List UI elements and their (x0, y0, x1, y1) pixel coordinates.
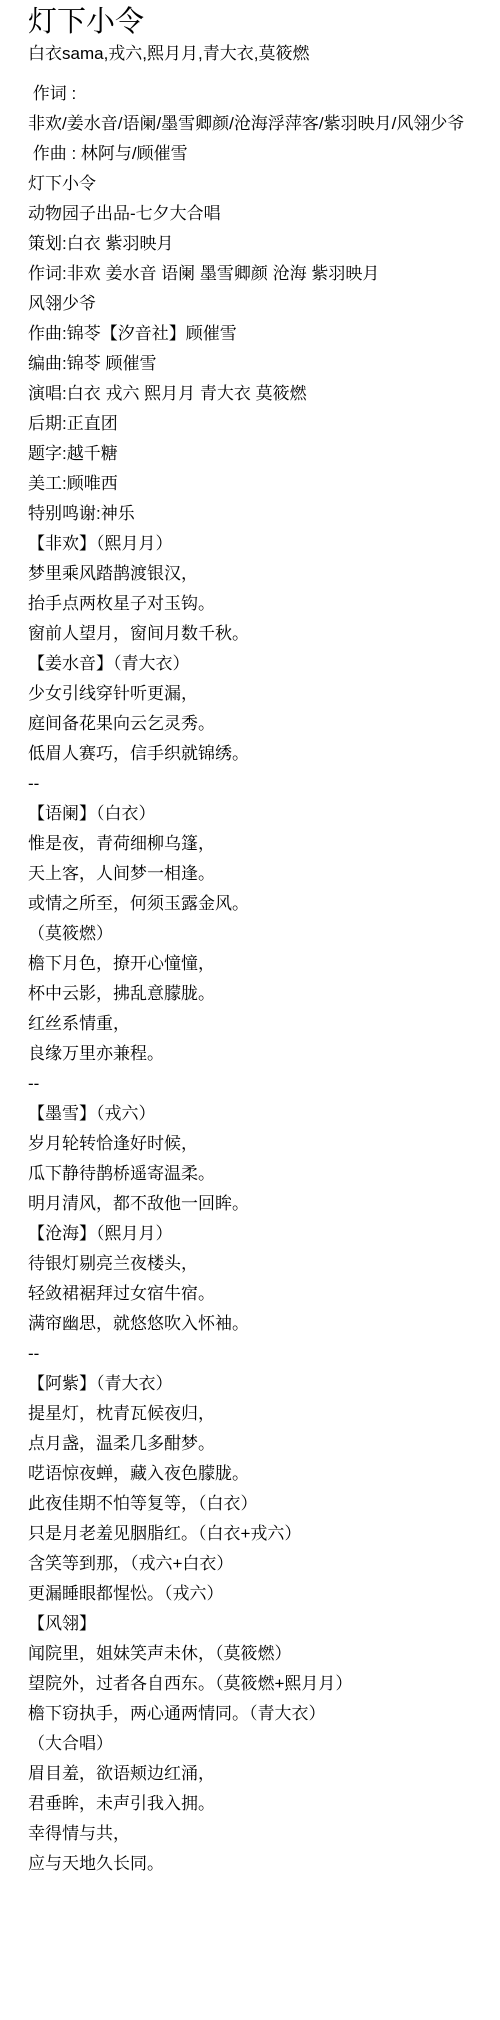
lyric-line: 或情之所至，何须玉露金风。 (28, 889, 500, 919)
lyric-line: 待银灯剔亮兰夜楼头， (28, 1249, 500, 1279)
lyric-line: 低眉人赛巧，信手织就锦绣。 (28, 739, 500, 769)
lyric-line: 提星灯，枕青瓦候夜归， (28, 1399, 500, 1429)
lyric-line: 只是月老羞见胭脂红。（白衣+戎六） (28, 1519, 500, 1549)
lyric-line: 灯下小令 (28, 169, 500, 199)
lyric-line: 【墨雪】（戎六） (28, 1099, 500, 1129)
lyric-line: 杯中云影，拂乱意朦胧。 (28, 979, 500, 1009)
lyric-line: 【阿紫】（青大衣） (28, 1369, 500, 1399)
lyric-line: 美工:顾唯西 (28, 469, 500, 499)
lyric-line: 闻院里，姐妹笑声未休，（莫筱燃） (28, 1639, 500, 1669)
lyric-line: 更漏睡眼都惺忪。（戎六） (28, 1579, 500, 1609)
lyric-line: 幸得情与共， (28, 1819, 500, 1849)
lyric-line: 君垂眸，未声引我入拥。 (28, 1789, 500, 1819)
lyric-line: 岁月轮转恰逢好时候， (28, 1129, 500, 1159)
lyric-line: 轻敛裙裾拜过女宿牛宿。 (28, 1279, 500, 1309)
lyric-line: -- (28, 1069, 500, 1099)
lyrics-page: 灯下小令 白衣sama,戎六,熙月月,青大衣,莫筱燃 作词 :非欢/姜水音/语阑… (0, 0, 500, 1879)
lyric-line: 惟是夜，青荷细柳乌篷， (28, 829, 500, 859)
lyric-line: （大合唱） (28, 1729, 500, 1759)
lyric-line: 梦里乘风踏鹊渡银汉， (28, 559, 500, 589)
lyric-line: 眉目羞，欲语颊边红涌， (28, 1759, 500, 1789)
lyric-line: 满帘幽思，就悠悠吹入怀袖。 (28, 1309, 500, 1339)
lyric-line: 良缘万里亦兼程。 (28, 1039, 500, 1069)
lyric-line: 非欢/姜水音/语阑/墨雪卿颜/沧海浮萍客/紫羽映月/风翎少爷 (28, 109, 500, 139)
lyric-line: 含笑等到那，（戎六+白衣） (28, 1549, 500, 1579)
lyric-line: 点月盏，温柔几多酣梦。 (28, 1429, 500, 1459)
lyric-line: 动物园子出品-七夕大合唱 (28, 199, 500, 229)
lyric-line: 作词:非欢 姜水音 语阑 墨雪卿颜 沧海 紫羽映月 (28, 259, 500, 289)
lyric-line: 明月清风，都不敌他一回眸。 (28, 1189, 500, 1219)
lyric-line: 特别鸣谢:神乐 (28, 499, 500, 529)
lyric-line: 红丝系情重， (28, 1009, 500, 1039)
lyric-line: 编曲:锦苓 顾催雪 (28, 349, 500, 379)
lyric-line: 策划:白衣 紫羽映月 (28, 229, 500, 259)
lyric-line: 【语阑】（白衣） (28, 799, 500, 829)
song-artists: 白衣sama,戎六,熙月月,青大衣,莫筱燃 (28, 44, 500, 64)
lyric-line: 应与天地久长同。 (28, 1849, 500, 1879)
lyric-line: 题字:越千糖 (28, 439, 500, 469)
lyric-line: 抬手点两枚星子对玉钩。 (28, 589, 500, 619)
lyrics-block: 作词 :非欢/姜水音/语阑/墨雪卿颜/沧海浮萍客/紫羽映月/风翎少爷 作曲 : … (28, 79, 500, 1879)
lyric-line: -- (28, 769, 500, 799)
lyric-line: 作曲:锦苓【汐音社】顾催雪 (28, 319, 500, 349)
lyric-line: 瓜下静待鹊桥遥寄温柔。 (28, 1159, 500, 1189)
lyric-line: 【非欢】（熙月月） (28, 529, 500, 559)
lyric-line: 【风翎】 (28, 1609, 500, 1639)
lyric-line: 风翎少爷 (28, 289, 500, 319)
lyric-line: 演唱:白衣 戎六 熙月月 青大衣 莫筱燃 (28, 379, 500, 409)
lyric-line: 望院外，过者各自西东。（莫筱燃+熙月月） (28, 1669, 500, 1699)
lyric-line: 庭间备花果向云乞灵秀。 (28, 709, 500, 739)
lyric-line: 窗前人望月，窗间月数千秋。 (28, 619, 500, 649)
lyric-line: 呓语惊夜蝉，藏入夜色朦胧。 (28, 1459, 500, 1489)
lyric-line: （莫筱燃） (28, 919, 500, 949)
lyric-line: 少女引线穿针听更漏， (28, 679, 500, 709)
lyric-line: -- (28, 1339, 500, 1369)
lyric-line: 作词 : (28, 79, 500, 109)
lyric-line: 作曲 : 林阿与/顾催雪 (28, 139, 500, 169)
lyric-line: 此夜佳期不怕等复等，（白衣） (28, 1489, 500, 1519)
lyric-line: 后期:正直团 (28, 409, 500, 439)
lyric-line: 檐下月色，撩开心憧憧， (28, 949, 500, 979)
lyric-line: 檐下窃执手，两心通两情同。（青大衣） (28, 1699, 500, 1729)
song-title: 灯下小令 (28, 0, 500, 42)
lyric-line: 【姜水音】（青大衣） (28, 649, 500, 679)
lyric-line: 【沧海】（熙月月） (28, 1219, 500, 1249)
lyric-line: 天上客，人间梦一相逢。 (28, 859, 500, 889)
